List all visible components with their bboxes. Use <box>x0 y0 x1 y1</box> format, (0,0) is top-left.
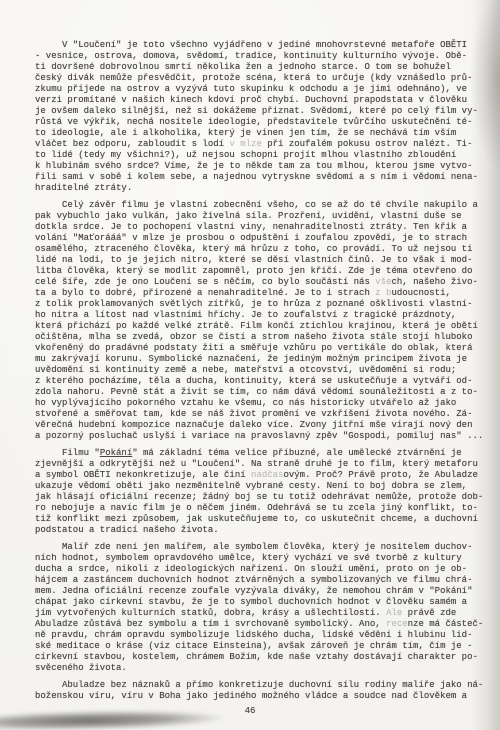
text-line: chápat jako církevní stavbu, že je to sy… <box>35 597 485 608</box>
text-segment: ovým. Proč? Právě proto, že Abuladze <box>283 470 477 480</box>
text-line: a symbol OBĚTI nekonkretizuje, ale činí … <box>35 470 485 481</box>
text-segment: udoucnosti, <box>391 288 450 298</box>
paragraph: V "Loučení" je toto všechno vyjádřeno v … <box>35 40 485 194</box>
text-line: to lidé (tedy my všichni?), už nejsou sc… <box>35 150 485 161</box>
text-line: jím vytvořených kulturních statků, dobra… <box>35 608 485 619</box>
text-segment: vláčet bez odporu, zabloudit s lodí <box>35 139 229 149</box>
text-line: osamělého, ztraceného člověka, který má … <box>35 244 485 255</box>
text-line: která přichází po každé velké ztrátě. Fi… <box>35 321 485 332</box>
text-line: litba člověka, který se modlit zapomněl,… <box>35 266 485 277</box>
text-line: z kterého pocházíme, těla a ducha, konti… <box>35 376 485 387</box>
text-line: verzi promítané v našich kinech kdoví pr… <box>35 95 485 106</box>
text-line: - vesnice, ostrova, domova, svědomí, tra… <box>35 51 485 62</box>
text-body: V "Loučení" je toto všechno vyjádřeno v … <box>35 40 485 708</box>
text-segment: při zoufalém pokusu ostrov nalézt. Ti- <box>262 139 473 149</box>
paragraph: Filmu "Pokání" má základní téma velice p… <box>35 448 485 536</box>
text-line: ti dovršené dobrovolnou smrtí několika ž… <box>35 62 485 73</box>
text-line: Celý závěr filmu je vlastní zobecnění vš… <box>35 200 485 211</box>
text-line: je ovšem daleko silnější, než si dokážem… <box>35 106 485 117</box>
text-line: k hlubinám svého srdce? Víme, že je to n… <box>35 161 485 172</box>
text-line: Abuladze zůstává bez symbolu a tím i svr… <box>35 619 485 630</box>
text-line: vkořeněný do pradávné podstaty žití a sm… <box>35 343 485 354</box>
text-line: celé šíře, zde je ono Loučení se s něčím… <box>35 277 485 288</box>
text-line: vláčet bez odporu, zabloudit s lodí v ml… <box>35 139 485 150</box>
text-line: hájcem a zastáncem duchovních hodnot ztv… <box>35 575 485 586</box>
text-line: podstatou a tradicí našeho života. <box>35 525 485 536</box>
text-line: Abuladze bez náznaků a přímo konkretizuj… <box>35 680 485 691</box>
paragraph: Celý závěr filmu je vlastní zobecnění vš… <box>35 200 485 442</box>
text-line: Filmu "Pokání" má základní téma velice p… <box>35 448 485 459</box>
paragraph: Malíř zde není jen malířem, ale symbolem… <box>35 542 485 674</box>
text-line: růstá ve výkřik, nechá nositele ideologi… <box>35 117 485 128</box>
text-line: ukazuje vědomí oběti jako nezměnitelně v… <box>35 481 485 492</box>
text-segment: celé šíře, zde je ono Loučení se s něčím… <box>35 277 375 287</box>
text-line: ně pravdu, chrám opravdu symbolizuje lid… <box>35 630 485 641</box>
text-line: hraditelné ztráty. <box>35 183 485 194</box>
faded-text: rece <box>386 619 408 629</box>
scanned-page: V "Loučení" je toto všechno vyjádřeno v … <box>0 0 500 730</box>
text-line: stvořené a směřovat tam, kde se náš živo… <box>35 409 485 420</box>
text-line: jak hlásají oficiální recenze; žádný boj… <box>35 492 485 503</box>
text-segment: jím vytvořených kulturních statků, dobra… <box>35 608 386 618</box>
page-number: 46 <box>0 706 500 717</box>
text-line: ducha a srdce, nikoli z ideologických na… <box>35 564 485 575</box>
text-line: zkumu přijede na ostrov a vyzývá tuto sk… <box>35 84 485 95</box>
text-line: církevní stavbou, kostelem, chrámem Boží… <box>35 652 485 663</box>
text-segment: Filmu " <box>35 448 100 458</box>
faded-text: vše <box>375 277 391 287</box>
text-line: pak vybuchlo jako vulkán, jako živelná s… <box>35 211 485 222</box>
text-line: ské meditace o kráse (viz citace Einstei… <box>35 641 485 652</box>
faded-text: z b <box>375 288 391 298</box>
text-line: boženskou víru, víru v Boha jako jedinéh… <box>35 691 485 702</box>
text-segment: a symbol OBĚTI nekonkretizuje, ale činí <box>35 470 251 480</box>
text-line: tiž konflikt mezi způsobem, jak uskutečň… <box>35 514 485 525</box>
text-line: Malíř zde není jen malířem, ale symbolem… <box>35 542 485 553</box>
text-line: ních hodnot, symbolem opravdového umělce… <box>35 553 485 564</box>
faded-text: Ale <box>386 608 402 618</box>
text-line: očištěna, mlha se zvedá, obzor se čistí … <box>35 332 485 343</box>
faded-text: v mlze <box>229 139 261 149</box>
text-segment: ch, našeho živo- <box>391 277 477 287</box>
text-segment: " má základní téma velice příbuzné, ale … <box>132 448 461 458</box>
underlined-text: Pokání <box>100 448 132 458</box>
text-line: lidé na lodi, to je jejich nitro, které … <box>35 255 485 266</box>
faded-text: nadčas <box>251 470 283 480</box>
paragraph: Abuladze bez náznaků a přímo konkretizuj… <box>35 680 485 702</box>
text-line: řili sami v sobě i kolem sebe, a najedno… <box>35 172 485 183</box>
text-line: uvědomění si kontinuity země a nebe, mat… <box>35 365 485 376</box>
text-line: zdola nahoru. Pevně stát a živit se tím,… <box>35 387 485 398</box>
text-line: dotkla srdce. Je to pochopení vlastní vi… <box>35 222 485 233</box>
text-line: ro nebojuje a navíc film je o něčem jiné… <box>35 503 485 514</box>
text-line: ta a bylo to dobré, přirozené a nenahrad… <box>35 288 485 299</box>
text-line: to ideologie, ale i alkoholika, který je… <box>35 128 485 139</box>
text-segment: právě zde <box>402 608 456 618</box>
text-line: ho nitra a lítost nad vlastními hříchy. … <box>35 310 485 321</box>
text-line: volání "Maťorááá" v mlze je prosbou o od… <box>35 233 485 244</box>
text-line: svěceného života. <box>35 663 485 674</box>
text-line: věrečná hudební kompozice naznačuje dale… <box>35 420 485 431</box>
text-line: z tolik proklamovaných světlých zítřků, … <box>35 299 485 310</box>
text-line: zjevnější a odkrytější než u "Loučení". … <box>35 459 485 470</box>
text-segment: nze má částeč- <box>408 619 484 629</box>
text-segment: Abuladze zůstává bez symbolu a tím i svr… <box>35 619 386 629</box>
text-segment: ta a bylo to dobré, přirozené a nenahrad… <box>35 288 375 298</box>
text-line: mem. Jedna oficiální recenze zoufale vyz… <box>35 586 485 597</box>
text-line: a pozorný posluchač uslyší i variace na … <box>35 431 485 442</box>
text-line: český divák nemůže přesvědčit, protože s… <box>35 73 485 84</box>
text-line: mu zakrývají korunu. Symbolické naznačen… <box>35 354 485 365</box>
text-line: ho vyplývajícího pokorného vztahu ke vše… <box>35 398 485 409</box>
text-line: V "Loučení" je toto všechno vyjádřeno v … <box>35 40 485 51</box>
